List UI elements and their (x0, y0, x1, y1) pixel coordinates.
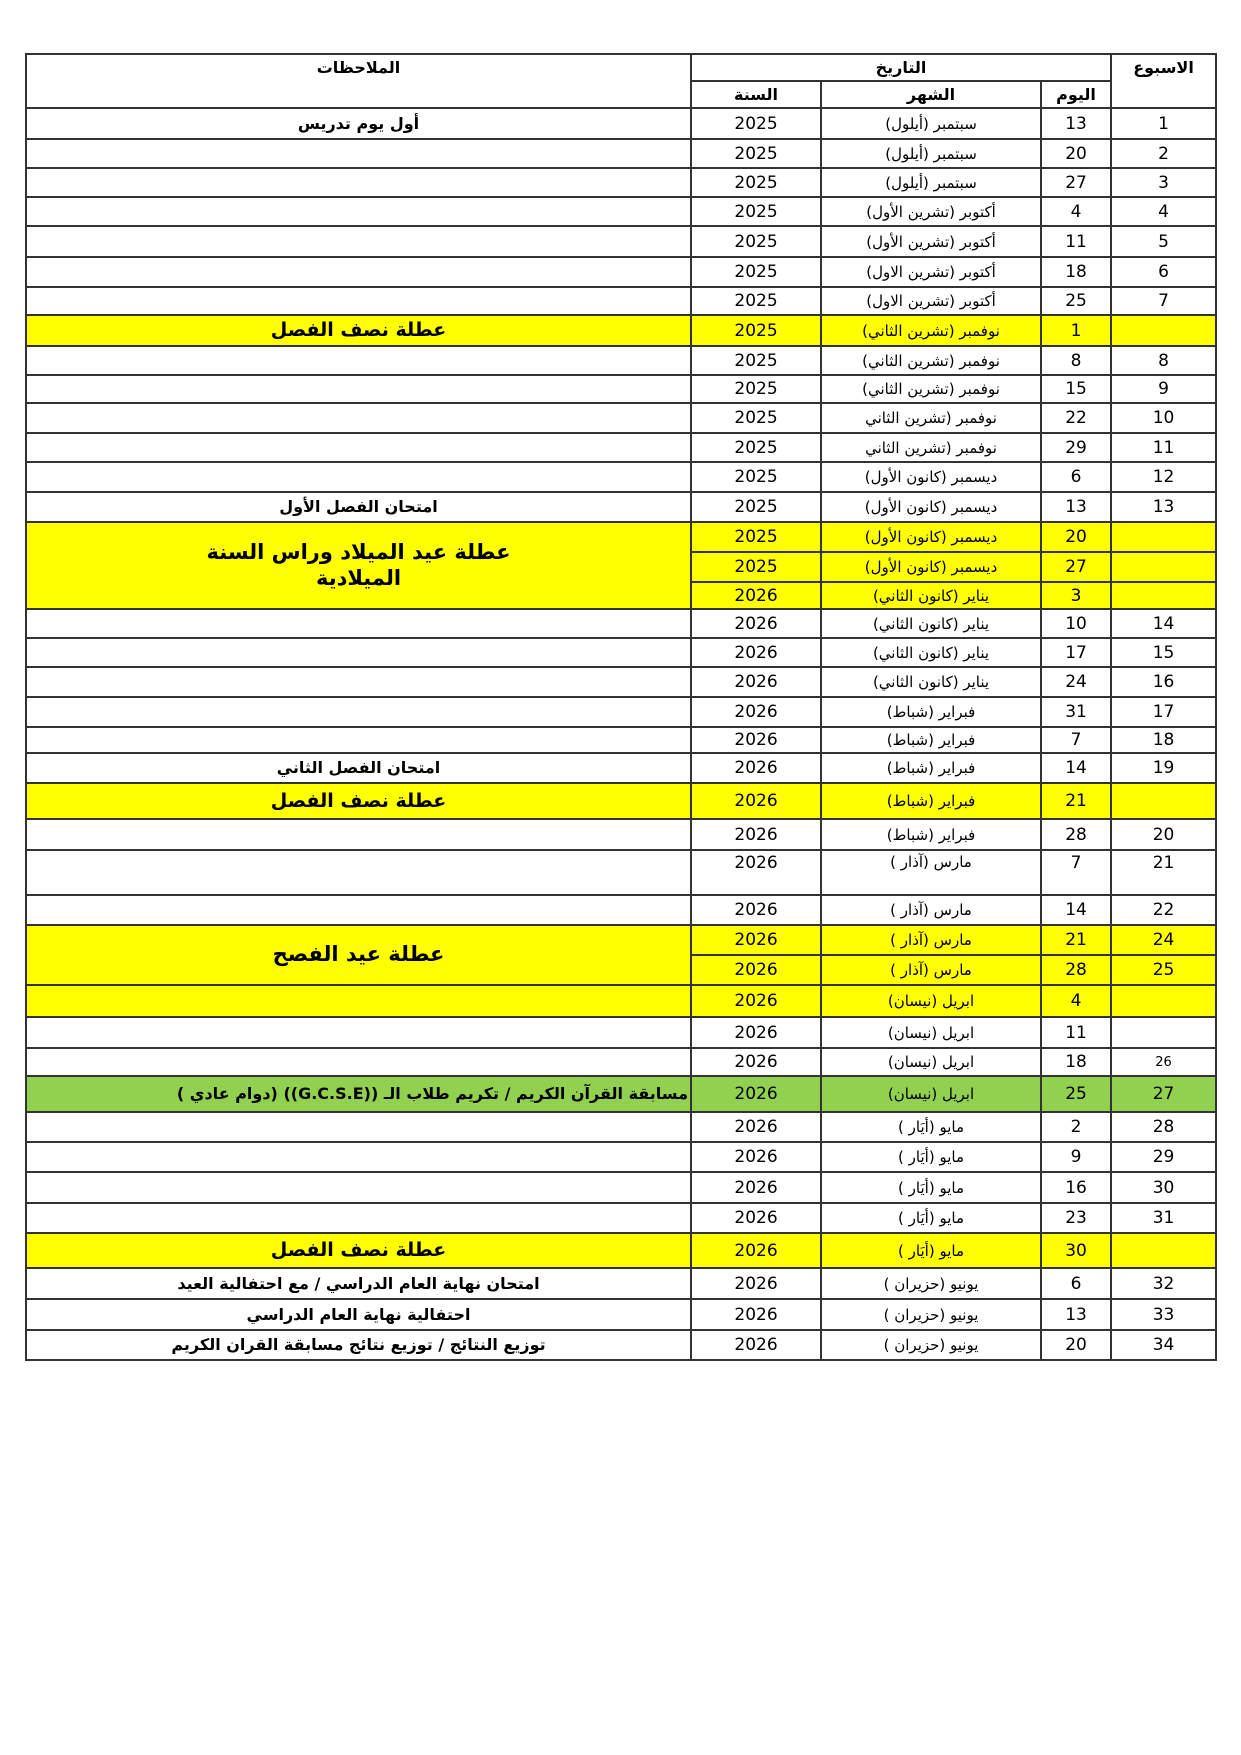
month-cell: نوفمبر (تشرين الثاني (821, 403, 1041, 433)
month-cell: مايو (أيَار ) (821, 1142, 1041, 1172)
table-row: 88نوفمبر (تشرين الثاني)2025 (26, 346, 1216, 375)
month-cell: سبتمبر (أيلول) (821, 139, 1041, 168)
month-cell: أكتوبر (تشرين الأول) (821, 226, 1041, 257)
year-cell: 2025 (691, 108, 821, 139)
year-cell: 2026 (691, 1233, 821, 1268)
year-cell: 2026 (691, 819, 821, 850)
month-cell: مارس (آذار ) (821, 850, 1041, 895)
day-cell: 18 (1041, 1048, 1111, 1076)
day-cell: 27 (1041, 552, 1111, 582)
week-cell: 6 (1111, 257, 1216, 287)
year-cell: 2025 (691, 375, 821, 403)
table-row: 1نوفمبر (تشرين الثاني)2025عطلة نصف الفصل (26, 315, 1216, 346)
note-cell (26, 346, 691, 375)
week-cell: 25 (1111, 955, 1216, 985)
note-cell: عطلة نصف الفصل (26, 315, 691, 346)
day-cell: 25 (1041, 287, 1111, 315)
week-cell: 4 (1111, 197, 1216, 226)
week-cell: 33 (1111, 1299, 1216, 1330)
table-row: 2421مارس (آذار )2026عطلة عيد الفصح (26, 925, 1216, 955)
month-cell: يناير (كانون الثاني) (821, 609, 1041, 638)
day-cell: 21 (1041, 925, 1111, 955)
year-cell: 2026 (691, 925, 821, 955)
month-cell: مايو (أيَار ) (821, 1172, 1041, 1203)
year-cell: 2026 (691, 895, 821, 925)
note-cell (26, 375, 691, 403)
table-row: 1731فبراير (شباط)2026 (26, 697, 1216, 727)
note-cell (26, 609, 691, 638)
note-cell (26, 985, 691, 1017)
table-row: 20ديسمبر (كانون الأول)2025عطلة عيد الميل… (26, 522, 1216, 552)
week-cell: 15 (1111, 638, 1216, 667)
week-cell (1111, 783, 1216, 819)
table-row: 113سبتمبر (أيلول)2025أول يوم تدريس (26, 108, 1216, 139)
week-cell: 11 (1111, 433, 1216, 462)
week-cell: 31 (1111, 1203, 1216, 1233)
calendar-rows: 113سبتمبر (أيلول)2025أول يوم تدريس220سبت… (26, 108, 1216, 1360)
note-cell (26, 1172, 691, 1203)
day-cell: 7 (1041, 727, 1111, 753)
day-cell: 11 (1041, 226, 1111, 257)
year-cell: 2026 (691, 783, 821, 819)
note-cell (26, 168, 691, 197)
table-row: 1914فبراير (شباط)2026امتحان الفصل الثاني (26, 753, 1216, 783)
day-cell: 20 (1041, 139, 1111, 168)
week-cell: 3 (1111, 168, 1216, 197)
note-cell (26, 1203, 691, 1233)
month-cell: أكتوبر (تشرين الأول) (821, 197, 1041, 226)
month-cell: نوفمبر (تشرين الثاني) (821, 346, 1041, 375)
day-cell: 28 (1041, 955, 1111, 985)
table-row: 30مايو (أيَار )2026عطلة نصف الفصل (26, 1233, 1216, 1268)
year-cell: 2025 (691, 492, 821, 522)
note-cell: عطلة نصف الفصل (26, 1233, 691, 1268)
table-row: 2618ابريل (نيسان)2026 (26, 1048, 1216, 1076)
table-row: 220سبتمبر (أيلول)2025 (26, 139, 1216, 168)
table-row: 2028فبراير (شباط)2026 (26, 819, 1216, 850)
month-cell: سبتمبر (أيلول) (821, 108, 1041, 139)
year-cell: 2026 (691, 1076, 821, 1112)
table-row: 1313ديسمبر (كانون الأول)2025امتحان الفصل… (26, 492, 1216, 522)
month-cell: نوفمبر (تشرين الثاني) (821, 375, 1041, 403)
month-cell: ديسمبر (كانون الأول) (821, 492, 1041, 522)
year-cell: 2026 (691, 1017, 821, 1048)
day-cell: 4 (1041, 985, 1111, 1017)
week-cell: 9 (1111, 375, 1216, 403)
note-cell: مسابقة القرآن الكريم / تكريم طلاب الـ ((… (26, 1076, 691, 1112)
week-cell (1111, 522, 1216, 552)
day-cell: 1 (1041, 315, 1111, 346)
note-cell: أول يوم تدريس (26, 108, 691, 139)
year-cell: 2026 (691, 1112, 821, 1142)
week-cell: 8 (1111, 346, 1216, 375)
table-row: 126ديسمبر (كانون الأول)2025 (26, 462, 1216, 492)
table-row: 4ابريل (نيسان)2026 (26, 985, 1216, 1017)
day-cell: 6 (1041, 1268, 1111, 1299)
note-cell (26, 462, 691, 492)
table-row: 1624يناير (كانون الثاني)2026 (26, 667, 1216, 697)
day-cell: 31 (1041, 697, 1111, 727)
note-cell: عطلة عيد الفصح (26, 925, 691, 985)
note-cell (26, 850, 691, 895)
month-cell: فبراير (شباط) (821, 753, 1041, 783)
week-cell: 14 (1111, 609, 1216, 638)
month-cell: سبتمبر (أيلول) (821, 168, 1041, 197)
year-cell: 2025 (691, 403, 821, 433)
year-cell: 2025 (691, 346, 821, 375)
table-row: 1129نوفمبر (تشرين الثاني2025 (26, 433, 1216, 462)
note-cell: عطلة نصف الفصل (26, 783, 691, 819)
week-cell: 32 (1111, 1268, 1216, 1299)
year-cell: 2025 (691, 226, 821, 257)
month-cell: يونيو (حزيران ) (821, 1299, 1041, 1330)
week-cell: 27 (1111, 1076, 1216, 1112)
note-cell (26, 139, 691, 168)
week-cell: 29 (1111, 1142, 1216, 1172)
month-cell: ابريل (نيسان) (821, 985, 1041, 1017)
note-cell: امتحان نهاية العام الدراسي / مع احتفالية… (26, 1268, 691, 1299)
year-cell: 2025 (691, 433, 821, 462)
year-cell: 2026 (691, 1048, 821, 1076)
table-row: 1022نوفمبر (تشرين الثاني2025 (26, 403, 1216, 433)
month-cell: مارس (آذار ) (821, 955, 1041, 985)
week-cell: 13 (1111, 492, 1216, 522)
note-cell (26, 197, 691, 226)
note-cell: امتحان الفصل الثاني (26, 753, 691, 783)
week-cell: 24 (1111, 925, 1216, 955)
table-row: 21فبراير (شباط)2026عطلة نصف الفصل (26, 783, 1216, 819)
month-cell: أكتوبر (تشرين الاول) (821, 287, 1041, 315)
week-cell: 12 (1111, 462, 1216, 492)
table-row: 326يونيو (حزيران )2026امتحان نهاية العام… (26, 1268, 1216, 1299)
week-cell: 34 (1111, 1330, 1216, 1360)
month-cell: مايو (أيَار ) (821, 1203, 1041, 1233)
note-cell (26, 697, 691, 727)
week-cell: 7 (1111, 287, 1216, 315)
day-cell: 3 (1041, 582, 1111, 609)
week-cell (1111, 1233, 1216, 1268)
table-row: 282مايو (أيَار )2026 (26, 1112, 1216, 1142)
table-row: 618أكتوبر (تشرين الاول)2025 (26, 257, 1216, 287)
table-row: 217مارس (آذار )2026 (26, 850, 1216, 895)
week-cell (1111, 315, 1216, 346)
note-cell: توزيع النتائج / توزيع نتائج مسابقة القرا… (26, 1330, 691, 1360)
day-cell: 13 (1041, 492, 1111, 522)
month-cell: ديسمبر (كانون الأول) (821, 552, 1041, 582)
year-cell: 2026 (691, 727, 821, 753)
year-cell: 2026 (691, 667, 821, 697)
year-cell: 2025 (691, 139, 821, 168)
month-cell: نوفمبر (تشرين الثاني (821, 433, 1041, 462)
day-cell: 28 (1041, 819, 1111, 850)
table-row: 3016مايو (أيَار )2026 (26, 1172, 1216, 1203)
month-cell: أكتوبر (تشرين الاول) (821, 257, 1041, 287)
note-cell (26, 433, 691, 462)
day-cell: 24 (1041, 667, 1111, 697)
week-cell: 2 (1111, 139, 1216, 168)
year-cell: 2025 (691, 315, 821, 346)
academic-calendar-table: الاسبوع التاريخ الملاحظات اليوم الشهر ال… (25, 53, 1217, 1361)
table-row: 511أكتوبر (تشرين الأول)2025 (26, 226, 1216, 257)
note-cell: احتفالية نهاية العام الدراسي (26, 1299, 691, 1330)
day-cell: 20 (1041, 1330, 1111, 1360)
note-cell (26, 1112, 691, 1142)
month-cell: فبراير (شباط) (821, 819, 1041, 850)
year-cell: 2026 (691, 1330, 821, 1360)
year-cell: 2025 (691, 552, 821, 582)
day-cell: 29 (1041, 433, 1111, 462)
week-cell: 16 (1111, 667, 1216, 697)
note-cell (26, 257, 691, 287)
week-cell: 20 (1111, 819, 1216, 850)
year-cell: 2026 (691, 1172, 821, 1203)
month-cell: مارس (آذار ) (821, 925, 1041, 955)
day-cell: 9 (1041, 1142, 1111, 1172)
week-cell (1111, 552, 1216, 582)
year-cell: 2026 (691, 955, 821, 985)
day-cell: 17 (1041, 638, 1111, 667)
week-cell: 10 (1111, 403, 1216, 433)
month-cell: يناير (كانون الثاني) (821, 667, 1041, 697)
table-row: 44أكتوبر (تشرين الأول)2025 (26, 197, 1216, 226)
week-cell: 1 (1111, 108, 1216, 139)
table-header: الاسبوع التاريخ الملاحظات اليوم الشهر ال… (26, 54, 1216, 108)
document-page: الاسبوع التاريخ الملاحظات اليوم الشهر ال… (0, 0, 1241, 1755)
table-row: 2214مارس (آذار )2026 (26, 895, 1216, 925)
year-cell: 2026 (691, 850, 821, 895)
month-cell: ديسمبر (كانون الأول) (821, 462, 1041, 492)
table-row: 1410يناير (كانون الثاني)2026 (26, 609, 1216, 638)
week-cell: 22 (1111, 895, 1216, 925)
day-cell: 22 (1041, 403, 1111, 433)
date-group-header: التاريخ (691, 54, 1111, 81)
day-cell: 13 (1041, 1299, 1111, 1330)
note-cell (26, 895, 691, 925)
week-cell: 26 (1111, 1048, 1216, 1076)
year-cell: 2026 (691, 638, 821, 667)
note-cell (26, 403, 691, 433)
month-cell: يناير (كانون الثاني) (821, 638, 1041, 667)
week-cell: 17 (1111, 697, 1216, 727)
year-cell: 2026 (691, 582, 821, 609)
day-cell: 2 (1041, 1112, 1111, 1142)
day-cell: 18 (1041, 257, 1111, 287)
day-cell: 13 (1041, 108, 1111, 139)
table-row: 3420يونيو (حزيران )2026توزيع النتائج / ت… (26, 1330, 1216, 1360)
note-text: عطلة عيد الميلاد وراس السنة الميلادية (164, 540, 554, 590)
day-cell: 30 (1041, 1233, 1111, 1268)
week-column-header: الاسبوع (1111, 54, 1216, 108)
month-cell: فبراير (شباط) (821, 727, 1041, 753)
note-cell (26, 638, 691, 667)
month-cell: مايو (أيَار ) (821, 1233, 1041, 1268)
year-cell: 2025 (691, 287, 821, 315)
year-cell: 2025 (691, 462, 821, 492)
table-row: 299مايو (أيَار )2026 (26, 1142, 1216, 1172)
month-cell: ابريل (نيسان) (821, 1076, 1041, 1112)
week-cell: 30 (1111, 1172, 1216, 1203)
month-cell: مارس (آذار ) (821, 895, 1041, 925)
month-cell: ديسمبر (كانون الأول) (821, 522, 1041, 552)
table-row: 11ابريل (نيسان)2026 (26, 1017, 1216, 1048)
week-cell (1111, 1017, 1216, 1048)
day-cell: 23 (1041, 1203, 1111, 1233)
note-cell (26, 727, 691, 753)
month-cell: ابريل (نيسان) (821, 1017, 1041, 1048)
day-cell: 7 (1041, 850, 1111, 895)
year-cell: 2026 (691, 1268, 821, 1299)
day-cell: 27 (1041, 168, 1111, 197)
day-cell: 14 (1041, 895, 1111, 925)
note-cell (26, 287, 691, 315)
week-cell: 21 (1111, 850, 1216, 895)
note-cell (26, 1017, 691, 1048)
year-cell: 2026 (691, 1299, 821, 1330)
table-row: 1517يناير (كانون الثاني)2026 (26, 638, 1216, 667)
month-cell: فبراير (شباط) (821, 697, 1041, 727)
day-cell: 15 (1041, 375, 1111, 403)
year-cell: 2026 (691, 985, 821, 1017)
day-cell: 21 (1041, 783, 1111, 819)
day-cell: 25 (1041, 1076, 1111, 1112)
month-cell: يناير (كانون الثاني) (821, 582, 1041, 609)
year-cell: 2026 (691, 697, 821, 727)
year-cell: 2025 (691, 522, 821, 552)
day-cell: 11 (1041, 1017, 1111, 1048)
day-cell: 16 (1041, 1172, 1111, 1203)
year-cell: 2025 (691, 168, 821, 197)
table-row: 3313يونيو (حزيران )2026احتفالية نهاية ال… (26, 1299, 1216, 1330)
day-cell: 14 (1041, 753, 1111, 783)
table-row: 327سبتمبر (أيلول)2025 (26, 168, 1216, 197)
table-row: 915نوفمبر (تشرين الثاني)2025 (26, 375, 1216, 403)
note-cell (26, 819, 691, 850)
month-cell: ابريل (نيسان) (821, 1048, 1041, 1076)
day-cell: 20 (1041, 522, 1111, 552)
table-row: 725أكتوبر (تشرين الاول)2025 (26, 287, 1216, 315)
day-column-header: اليوم (1041, 81, 1111, 108)
month-column-header: الشهر (821, 81, 1041, 108)
week-cell: 19 (1111, 753, 1216, 783)
year-cell: 2025 (691, 197, 821, 226)
year-column-header: السنة (691, 81, 821, 108)
day-cell: 8 (1041, 346, 1111, 375)
day-cell: 10 (1041, 609, 1111, 638)
note-cell: عطلة عيد الميلاد وراس السنة الميلادية (26, 522, 691, 609)
table-row: 2725ابريل (نيسان)2026مسابقة القرآن الكري… (26, 1076, 1216, 1112)
note-cell (26, 667, 691, 697)
month-cell: مايو (أيَار ) (821, 1112, 1041, 1142)
year-cell: 2026 (691, 1203, 821, 1233)
month-cell: نوفمبر (تشرين الثاني) (821, 315, 1041, 346)
table-row: 3123مايو (أيَار )2026 (26, 1203, 1216, 1233)
month-cell: فبراير (شباط) (821, 783, 1041, 819)
year-cell: 2026 (691, 609, 821, 638)
note-cell (26, 1048, 691, 1076)
week-cell: 28 (1111, 1112, 1216, 1142)
week-cell: 5 (1111, 226, 1216, 257)
note-cell (26, 1142, 691, 1172)
year-cell: 2026 (691, 1142, 821, 1172)
year-cell: 2026 (691, 753, 821, 783)
day-cell: 6 (1041, 462, 1111, 492)
year-cell: 2025 (691, 257, 821, 287)
week-cell (1111, 582, 1216, 609)
table-row: 187فبراير (شباط)2026 (26, 727, 1216, 753)
week-cell: 18 (1111, 727, 1216, 753)
note-cell (26, 226, 691, 257)
month-cell: يونيو (حزيران ) (821, 1330, 1041, 1360)
week-cell (1111, 985, 1216, 1017)
day-cell: 4 (1041, 197, 1111, 226)
notes-column-header: الملاحظات (26, 54, 691, 108)
month-cell: يونيو (حزيران ) (821, 1268, 1041, 1299)
note-cell: امتحان الفصل الأول (26, 492, 691, 522)
